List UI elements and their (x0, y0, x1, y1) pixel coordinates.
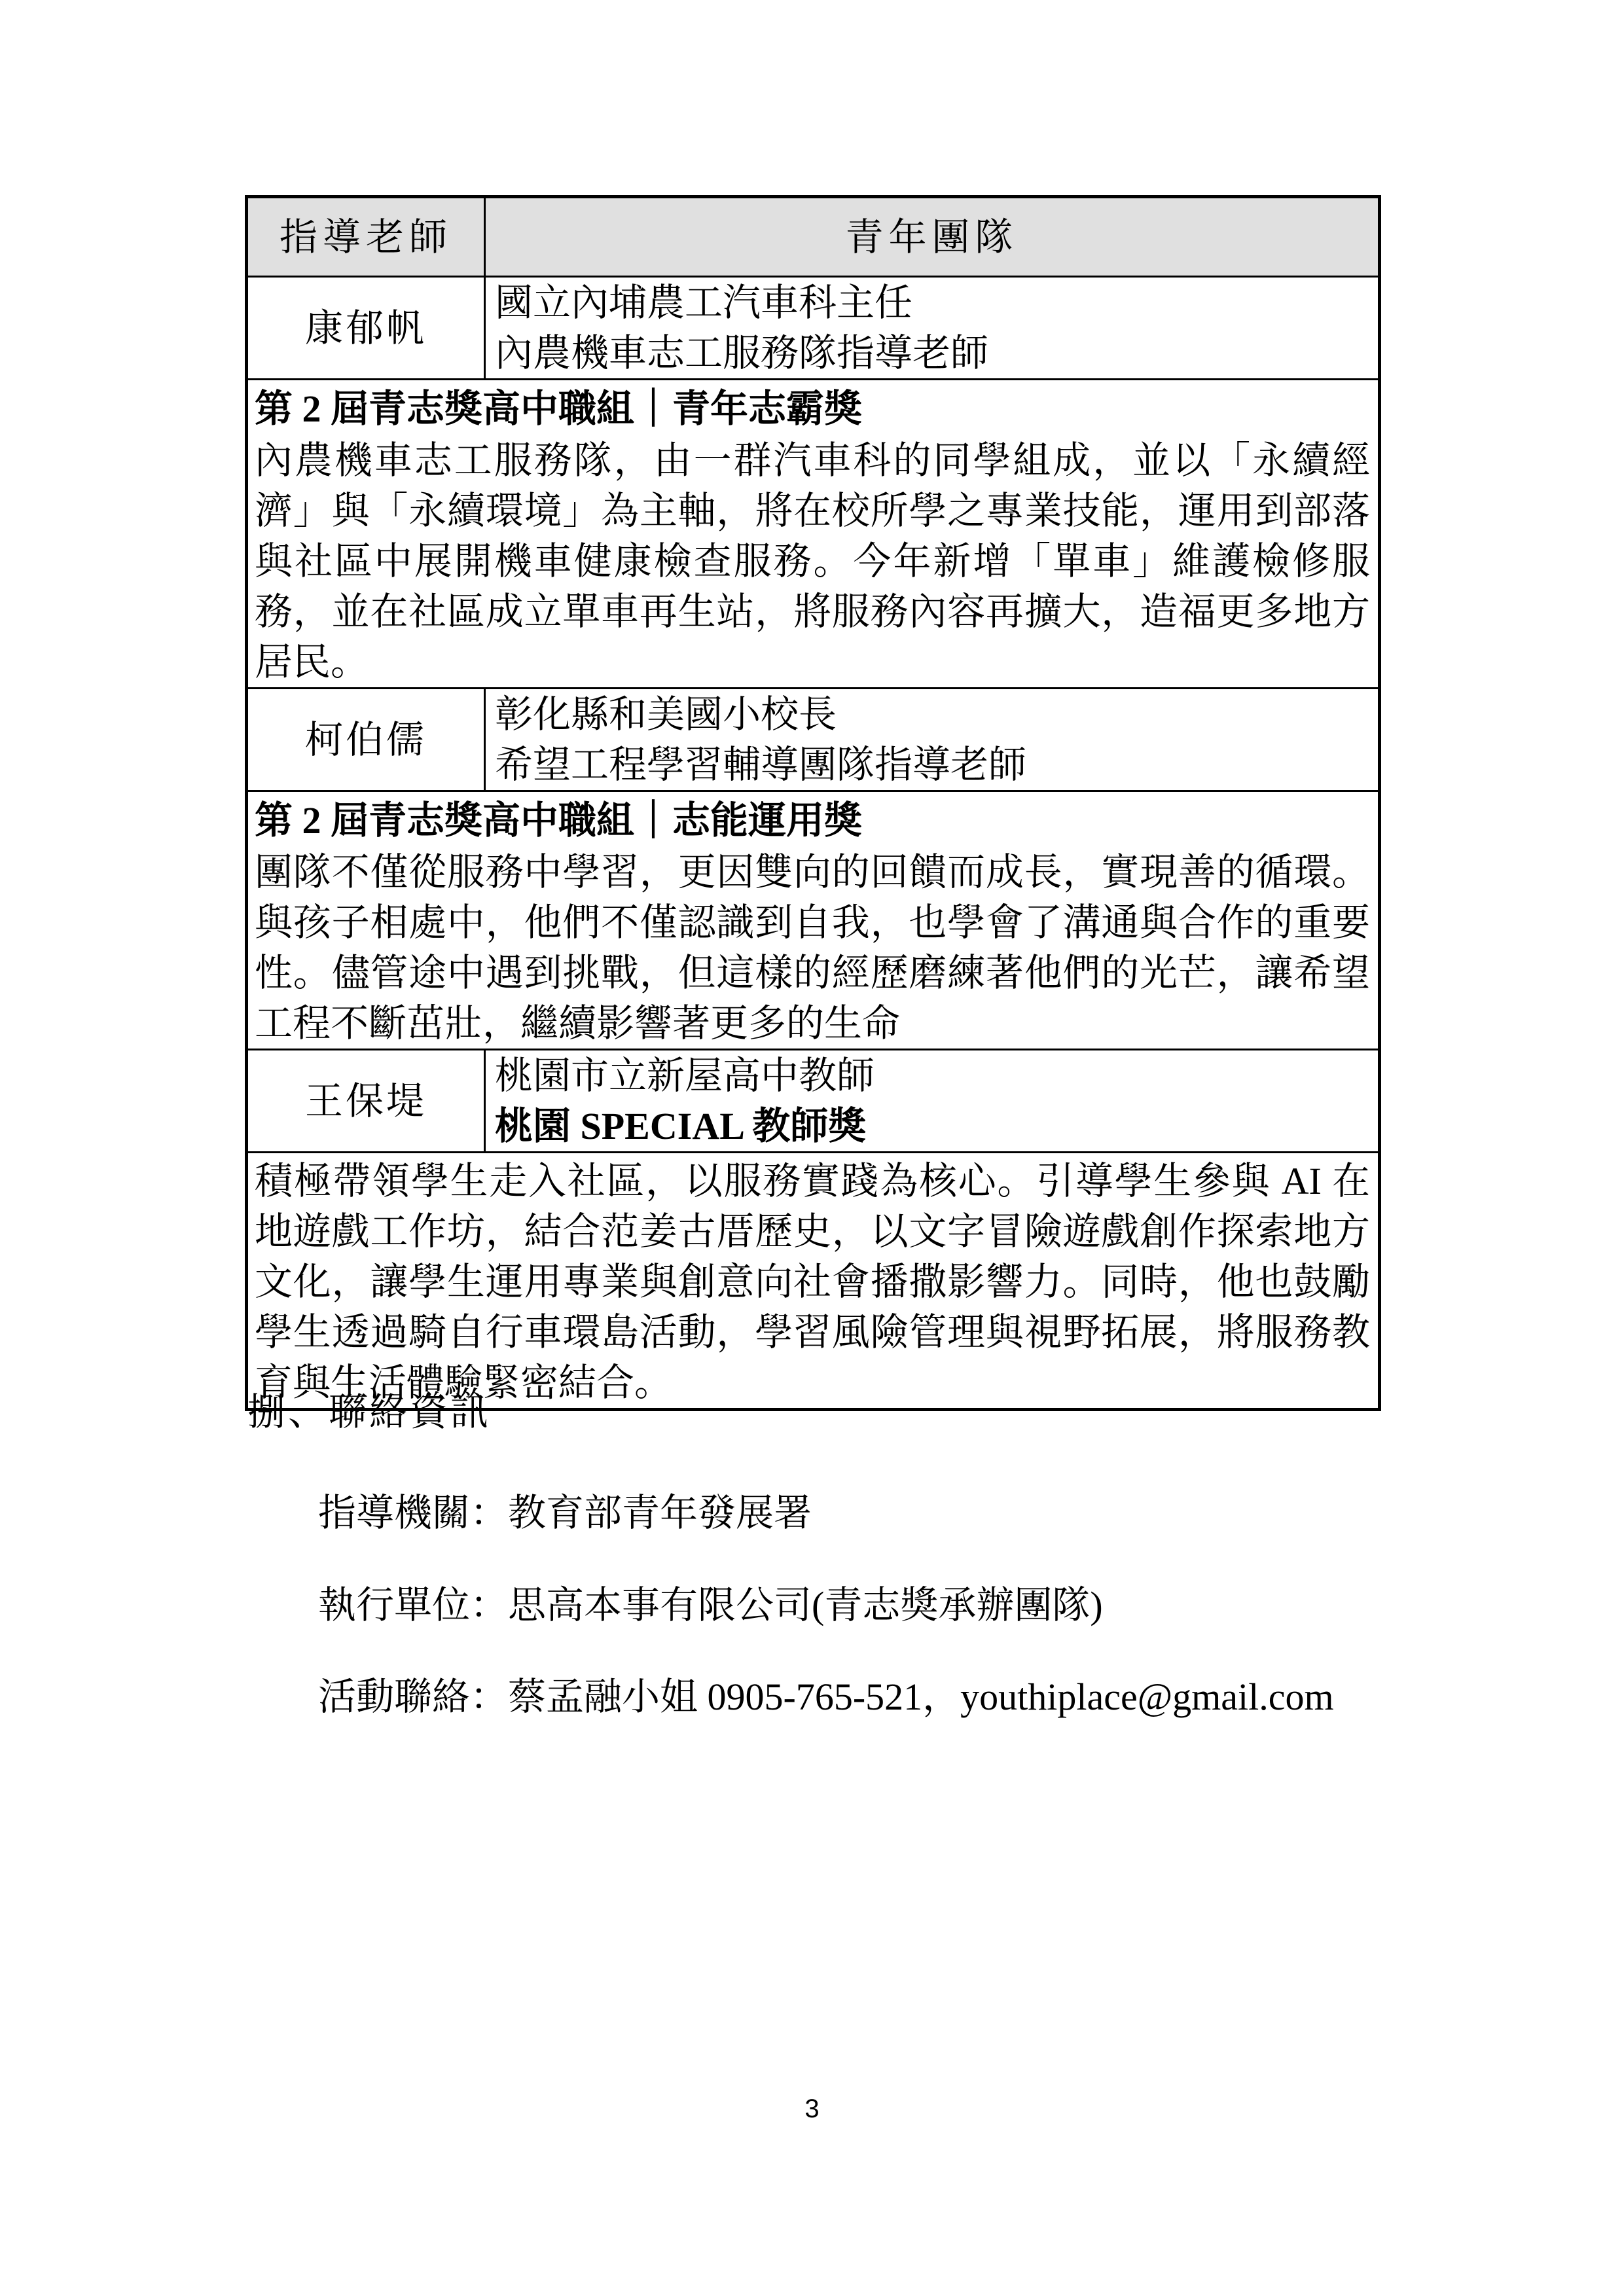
award-title-inline: 桃園 SPECIAL 教師獎 (495, 1101, 1369, 1151)
document-page: 指導老師 青年團隊 康郁帆 國立內埔農工汽車科主任 內農機車志工服務隊指導老師 … (0, 0, 1624, 2296)
team-description: 彰化縣和美國小校長 希望工程學習輔導團隊指導老師 (485, 689, 1380, 791)
team-description-line: 彰化縣和美國小校長 (495, 689, 1369, 740)
table-row: 王保堤 桃園市立新屋高中教師 桃園 SPECIAL 教師獎 (247, 1050, 1380, 1153)
mentor-name: 王保堤 (247, 1050, 485, 1153)
team-description-line: 希望工程學習輔導團隊指導老師 (495, 740, 1369, 790)
contact-section-heading: 捌、聯絡資訊 (247, 1386, 491, 1439)
contact-line-agency: 指導機關：教育部青年發展署 (318, 1487, 812, 1539)
award-body: 團隊不僅從服務中學習，更因雙向的回饋而成長，實現善的循環。與孩子相處中，他們不僅… (255, 847, 1370, 1049)
table-row: 康郁帆 國立內埔農工汽車科主任 內農機車志工服務隊指導老師 (247, 277, 1380, 380)
award-title: 第 2 屆青志獎高中職組｜志能運用獎 (255, 795, 1370, 847)
team-description-line: 國立內埔農工汽車科主任 (495, 278, 1369, 328)
mentor-name: 柯伯儒 (247, 689, 485, 791)
header-cell-mentor: 指導老師 (247, 197, 485, 277)
team-description-line: 內農機車志工服務隊指導老師 (495, 328, 1369, 378)
table-header-row: 指導老師 青年團隊 (247, 197, 1380, 277)
award-body: 內農機車志工服務隊，由一群汽車科的同學組成，並以「永續經濟」與「永續環境」為主軸… (255, 435, 1370, 687)
page-number: 3 (0, 2094, 1624, 2124)
award-section: 積極帶領學生走入社區，以服務實踐為核心。引導學生參與 AI 在地遊戲工作坊，結合… (247, 1153, 1380, 1410)
award-body: 積極帶領學生走入社區，以服務實踐為核心。引導學生參與 AI 在地遊戲工作坊，結合… (255, 1156, 1370, 1408)
team-description-line: 桃園市立新屋高中教師 (495, 1050, 1369, 1101)
mentor-name: 康郁帆 (247, 277, 485, 380)
team-description: 國立內埔農工汽車科主任 內農機車志工服務隊指導老師 (485, 277, 1380, 380)
header-cell-team: 青年團隊 (485, 197, 1380, 277)
award-section: 第 2 屆青志獎高中職組｜志能運用獎 團隊不僅從服務中學習，更因雙向的回饋而成長… (247, 791, 1380, 1050)
table-row: 第 2 屆青志獎高中職組｜青年志霸獎 內農機車志工服務隊，由一群汽車科的同學組成… (247, 380, 1380, 689)
award-title: 第 2 屆青志獎高中職組｜青年志霸獎 (255, 383, 1370, 435)
table-row: 積極帶領學生走入社區，以服務實踐為核心。引導學生參與 AI 在地遊戲工作坊，結合… (247, 1153, 1380, 1410)
table-row: 第 2 屆青志獎高中職組｜志能運用獎 團隊不僅從服務中學習，更因雙向的回饋而成長… (247, 791, 1380, 1050)
table-row: 柯伯儒 彰化縣和美國小校長 希望工程學習輔導團隊指導老師 (247, 689, 1380, 791)
contact-line-liaison: 活動聯絡：蔡孟融小姐 0905-765-521，youthiplace@gmai… (318, 1671, 1334, 1723)
mentor-team-table: 指導老師 青年團隊 康郁帆 國立內埔農工汽車科主任 內農機車志工服務隊指導老師 … (245, 195, 1381, 1411)
contact-line-executor: 執行單位：思高本事有限公司(青志獎承辦團隊) (318, 1579, 1103, 1632)
team-description: 桃園市立新屋高中教師 桃園 SPECIAL 教師獎 (485, 1050, 1380, 1153)
award-section: 第 2 屆青志獎高中職組｜青年志霸獎 內農機車志工服務隊，由一群汽車科的同學組成… (247, 380, 1380, 689)
